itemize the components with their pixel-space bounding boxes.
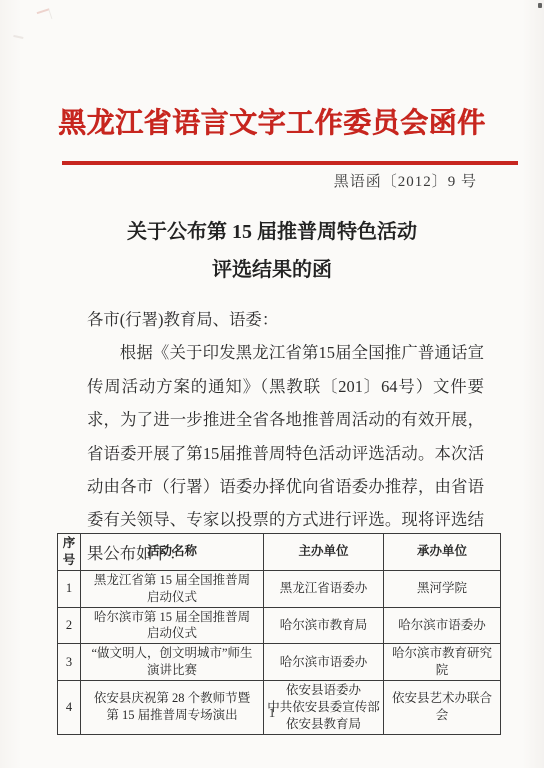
cell-host: 黑龙江省语委办 — [264, 570, 384, 607]
column-header-host: 主办单位 — [264, 534, 384, 571]
cell-activity: 哈尔滨市第 15 届全国推普周 启动仪式 — [81, 607, 264, 644]
scan-artifact — [37, 8, 53, 22]
column-header-activity: 活动名称 — [81, 534, 264, 571]
document-page: 黑龙江省语言文字工作委员会函件 黑语函〔2012〕9 号 关于公布第 15 届推… — [0, 0, 544, 768]
document-title-line2: 评选结果的函 — [0, 251, 544, 289]
document-title: 关于公布第 15 届推普周特色活动 评选结果的函 — [0, 213, 544, 289]
salutation: 各市(行署)教育局、语委： — [87, 303, 484, 336]
letterhead-title: 黑龙江省语言文字工作委员会函件 — [0, 101, 544, 141]
table-row: 2 哈尔滨市第 15 届全国推普周 启动仪式 哈尔滨市教育局 哈尔滨市语委办 — [58, 607, 501, 644]
column-header-index: 序 号 — [58, 534, 81, 571]
cell-index: 1 — [58, 570, 81, 607]
cell-organizer: 黑河学院 — [384, 570, 501, 607]
cell-organizer: 哈尔滨市语委办 — [384, 607, 501, 644]
cell-index: 2 — [58, 607, 81, 644]
cell-organizer: 哈尔滨市教育研究院 — [384, 644, 501, 681]
table-row: 3 “做文明人，创文明城市”师生 演讲比赛 哈尔滨市语委办 哈尔滨市教育研究院 — [58, 644, 501, 681]
page-number: 1 — [0, 705, 544, 721]
table-row: 1 黑龙江省第 15 届全国推普周 启动仪式 黑龙江省语委办 黑河学院 — [58, 570, 501, 607]
document-title-line1: 关于公布第 15 届推普周特色活动 — [0, 213, 544, 251]
scan-edge-dot — [538, 3, 542, 8]
cell-host: 哈尔滨市教育局 — [264, 607, 384, 644]
letterhead-divider — [62, 161, 518, 165]
cell-index: 3 — [58, 644, 81, 681]
scan-artifact — [13, 29, 24, 39]
cell-activity: “做文明人，创文明城市”师生 演讲比赛 — [81, 644, 264, 681]
document-number: 黑语函〔2012〕9 号 — [334, 170, 477, 191]
column-header-organizer: 承办单位 — [384, 534, 501, 571]
table-header-row: 序 号 活动名称 主办单位 承办单位 — [58, 534, 501, 571]
letter-body: 各市(行署)教育局、语委： 根据《关于印发黑龙江省第15届全国推广普通话宣传周活… — [87, 303, 484, 570]
cell-host: 哈尔滨市语委办 — [264, 644, 384, 681]
cell-activity: 黑龙江省第 15 届全国推普周 启动仪式 — [81, 570, 264, 607]
